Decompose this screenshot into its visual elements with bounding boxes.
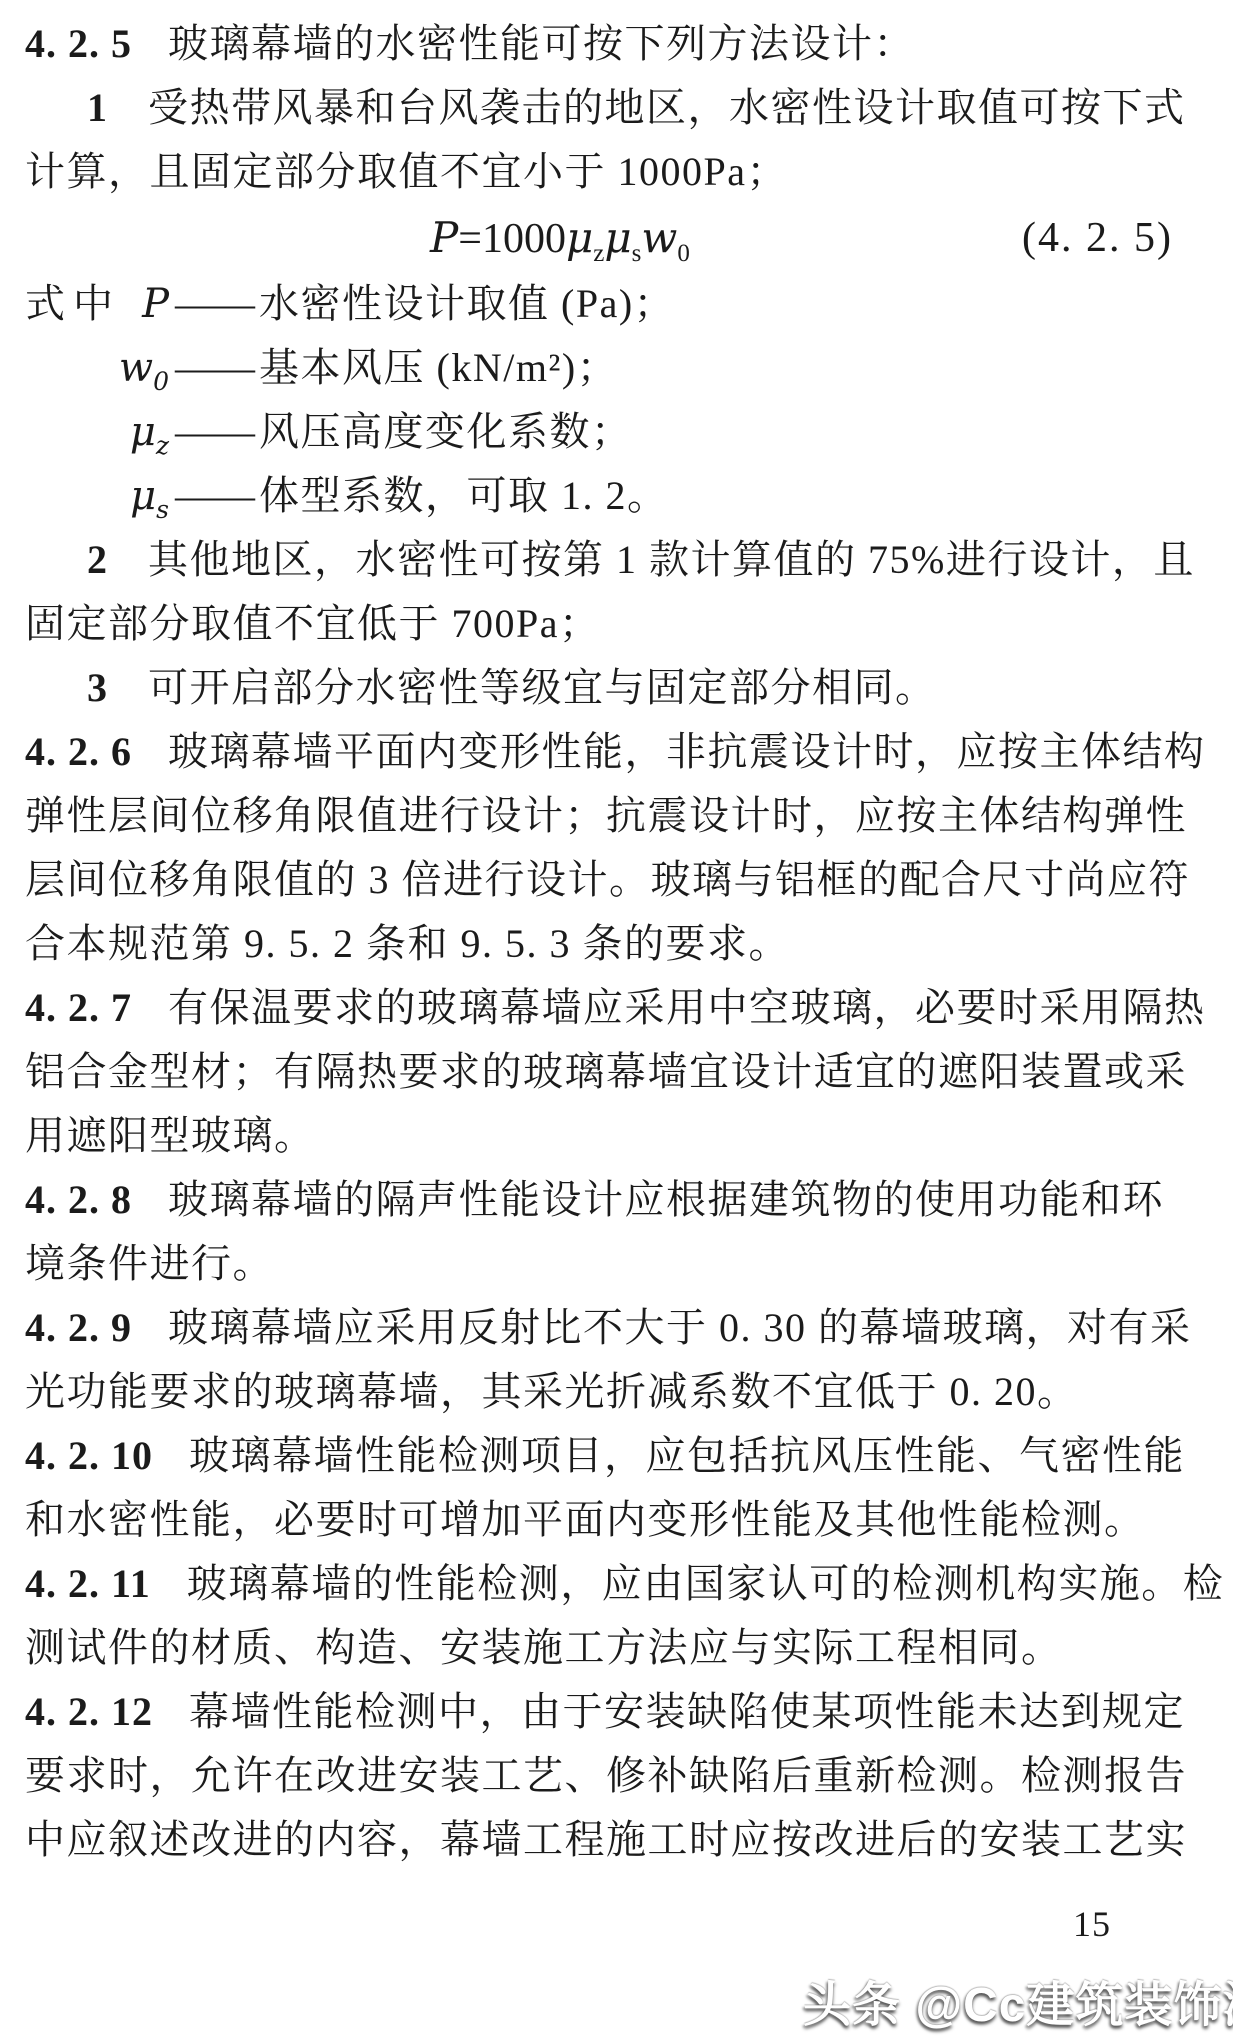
clause-text: 玻璃幕墙性能检测项目，应包括抗风压性能、气密性能 — [189, 1433, 1185, 1478]
clause-4-2-8-line-1: 4. 2. 8玻璃幕墙的隔声性能设计应根据建筑物的使用功能和环 — [25, 1168, 1215, 1232]
symbol-letter: μ — [130, 473, 156, 519]
clause-4-2-12-line-3: 中应叙述改进的内容，幕墙工程施工时应按改进后的安装工艺实 — [25, 1808, 1215, 1872]
continuation-text: 合本规范第 9. 5. 2 条和 9. 5. 3 条的要求。 — [25, 921, 790, 966]
symbol-subscript: z — [156, 431, 169, 460]
symbol-letter: μ — [130, 409, 156, 455]
clause-4-2-11-line-2: 测试件的材质、构造、安装施工方法应与实际工程相同。 — [25, 1616, 1215, 1680]
definition-dash: —— — [169, 281, 259, 326]
item-number: 3 — [87, 665, 108, 710]
where-intro-label: 式中 — [25, 272, 111, 336]
equation-4-2-5: P=1000μzμsw0 (4. 2. 5) — [25, 204, 1215, 272]
clause-number: 4. 2. 7 — [25, 985, 132, 1030]
formula-mu-s: μ — [604, 213, 631, 262]
symbol-definition: 风压高度变化系数； — [259, 409, 633, 454]
equation-number: (4. 2. 5) — [1022, 204, 1173, 272]
clause-4-2-7-line-2: 铝合金型材；有隔热要求的玻璃幕墙宜设计适宜的遮阳装置或采 — [25, 1040, 1215, 1104]
formula-subscript-z: z — [593, 240, 604, 267]
definition-dash: —— — [169, 409, 259, 454]
item-text: 可开启部分水密性等级宜与固定部分相同。 — [148, 665, 937, 710]
continuation-text: 铝合金型材；有隔热要求的玻璃幕墙宜设计适宜的遮阳装置或采 — [25, 1049, 1187, 1094]
clause-4-2-7-line-3: 用遮阳型玻璃。 — [25, 1104, 1215, 1168]
continuation-text: 弹性层间位移角限值进行设计；抗震设计时，应按主体结构弹性 — [25, 793, 1187, 838]
clause-text: 幕墙性能检测中，由于安装缺陷使某项性能未达到规定 — [189, 1689, 1185, 1734]
clause-4-2-10-line-1: 4. 2. 10玻璃幕墙性能检测项目，应包括抗风压性能、气密性能 — [25, 1424, 1215, 1488]
symbol-P: P — [111, 272, 169, 336]
symbol-subscript: s — [156, 495, 169, 524]
item-number: 2 — [87, 537, 108, 582]
where-row-mu-z: μz——风压高度变化系数； — [25, 400, 1215, 464]
clause-text: 玻璃幕墙的性能检测，应由国家认可的检测机构实施。检 — [187, 1561, 1225, 1606]
item-text: 其他地区，水密性可按第 1 款计算值的 75%进行设计，且 — [148, 537, 1195, 582]
item-number: 1 — [87, 85, 108, 130]
continuation-text: 光功能要求的玻璃幕墙，其采光折减系数不宜低于 0. 20。 — [25, 1369, 1079, 1414]
continuation-text: 中应叙述改进的内容，幕墙工程施工时应按改进后的安装工艺实 — [25, 1817, 1187, 1862]
formula-var-w: w — [641, 213, 677, 262]
clause-4-2-9-line-1: 4. 2. 9玻璃幕墙应采用反射比不大于 0. 30 的幕墙玻璃，对有采 — [25, 1296, 1215, 1360]
formula-var-P: P — [430, 213, 458, 262]
formula-subscript-s: s — [632, 240, 642, 267]
equation-body: P=1000μzμsw0 — [430, 204, 690, 288]
clause-number: 4. 2. 6 — [25, 729, 132, 774]
formula-subscript-0: 0 — [677, 240, 690, 267]
clause-4-2-11-line-1: 4. 2. 11玻璃幕墙的性能检测，应由国家认可的检测机构实施。检 — [25, 1552, 1215, 1616]
clause-text: 玻璃幕墙应采用反射比不大于 0. 30 的幕墙玻璃，对有采 — [168, 1305, 1192, 1350]
definition-dash: —— — [169, 473, 259, 518]
clause-number: 4. 2. 11 — [25, 1561, 151, 1606]
clause-4-2-7-line-1: 4. 2. 7有保温要求的玻璃幕墙应采用中空玻璃，必要时采用隔热 — [25, 976, 1215, 1040]
clause-4-2-8-line-2: 境条件进行。 — [25, 1232, 1215, 1296]
clause-number: 4. 2. 8 — [25, 1177, 132, 1222]
clause-4-2-9-line-2: 光功能要求的玻璃幕墙，其采光折减系数不宜低于 0. 20。 — [25, 1360, 1215, 1424]
clause-4-2-12-line-2: 要求时，允许在改进安装工艺、修补缺陷后重新检测。检测报告 — [25, 1744, 1215, 1808]
clause-4-2-10-line-2: 和水密性能，必要时可增加平面内变形性能及其他性能检测。 — [25, 1488, 1215, 1552]
item-text: 受热带风暴和台风袭击的地区，水密性设计取值可按下式 — [148, 85, 1186, 130]
clause-4-2-12-line-1: 4. 2. 12幕墙性能检测中，由于安装缺陷使某项性能未达到规定 — [25, 1680, 1215, 1744]
formula-mu-z: μ — [566, 213, 593, 262]
where-row-mu-s: μs——体型系数，可取 1. 2。 — [25, 464, 1215, 528]
clause-text: 玻璃幕墙的隔声性能设计应根据建筑物的使用功能和环 — [168, 1177, 1164, 1222]
clause-4-2-6-line-3: 层间位移角限值的 3 倍进行设计。玻璃与铝框的配合尺寸尚应符 — [25, 848, 1215, 912]
clause-number: 4. 2. 10 — [25, 1433, 153, 1478]
clause-4-2-5-item-2-line-1: 2其他地区，水密性可按第 1 款计算值的 75%进行设计，且 — [25, 528, 1215, 592]
continuation-text: 和水密性能，必要时可增加平面内变形性能及其他性能检测。 — [25, 1497, 1146, 1542]
symbol-subscript: 0 — [153, 367, 169, 396]
clause-4-2-6-line-4: 合本规范第 9. 5. 2 条和 9. 5. 3 条的要求。 — [25, 912, 1215, 976]
clause-4-2-5-item-2-line-2: 固定部分取值不宜低于 700Pa； — [25, 592, 1215, 656]
continuation-text: 测试件的材质、构造、安装施工方法应与实际工程相同。 — [25, 1625, 1063, 1670]
continuation-text: 要求时，允许在改进安装工艺、修补缺陷后重新检测。检测报告 — [25, 1753, 1187, 1798]
continuation-text: 用遮阳型玻璃。 — [25, 1113, 316, 1158]
continuation-text: 固定部分取值不宜低于 700Pa； — [25, 601, 601, 646]
clause-text: 玻璃幕墙平面内变形性能，非抗震设计时，应按主体结构 — [168, 729, 1206, 774]
formula-coefficient: 1000 — [482, 216, 566, 262]
clause-4-2-6-line-2: 弹性层间位移角限值进行设计；抗震设计时，应按主体结构弹性 — [25, 784, 1215, 848]
document-body: 4. 2. 5玻璃幕墙的水密性能可按下列方法设计： 1受热带风暴和台风袭击的地区… — [25, 12, 1215, 1872]
equals-sign: = — [458, 216, 482, 262]
symbol-letter: w — [119, 345, 153, 391]
continuation-text: 层间位移角限值的 3 倍进行设计。玻璃与铝框的配合尺寸尚应符 — [25, 857, 1190, 902]
symbol-definition: 体型系数，可取 1. 2。 — [259, 473, 669, 518]
clause-4-2-5-heading: 4. 2. 5玻璃幕墙的水密性能可按下列方法设计： — [25, 12, 1215, 76]
document-page: 4. 2. 5玻璃幕墙的水密性能可按下列方法设计： 1受热带风暴和台风袭击的地区… — [0, 0, 1233, 2039]
clause-text: 玻璃幕墙的水密性能可按下列方法设计： — [168, 21, 915, 66]
definition-dash: —— — [169, 345, 259, 390]
continuation-text: 境条件进行。 — [25, 1241, 274, 1286]
page-number: 15 — [1073, 1903, 1111, 1945]
clause-number: 4. 2. 5 — [25, 21, 132, 66]
continuation-text: 计算，且固定部分取值不宜小于 1000Pa； — [25, 149, 788, 194]
symbol-definition: 基本风压 (kN/m²)； — [259, 345, 618, 390]
watermark-text: 头条 @Cc建筑装饰深化设计 — [803, 1966, 1233, 2035]
clause-number: 4. 2. 12 — [25, 1689, 153, 1734]
clause-number: 4. 2. 9 — [25, 1305, 132, 1350]
clause-text: 有保温要求的玻璃幕墙应采用中空玻璃，必要时采用隔热 — [168, 985, 1206, 1030]
clause-4-2-5-item-1-line-2: 计算，且固定部分取值不宜小于 1000Pa； — [25, 140, 1215, 204]
clause-4-2-5-item-3: 3可开启部分水密性等级宜与固定部分相同。 — [25, 656, 1215, 720]
clause-4-2-6-line-1: 4. 2. 6玻璃幕墙平面内变形性能，非抗震设计时，应按主体结构 — [25, 720, 1215, 784]
clause-4-2-5-item-1-line-1: 1受热带风暴和台风袭击的地区，水密性设计取值可按下式 — [25, 76, 1215, 140]
where-row-w0: w0——基本风压 (kN/m²)； — [25, 336, 1215, 400]
